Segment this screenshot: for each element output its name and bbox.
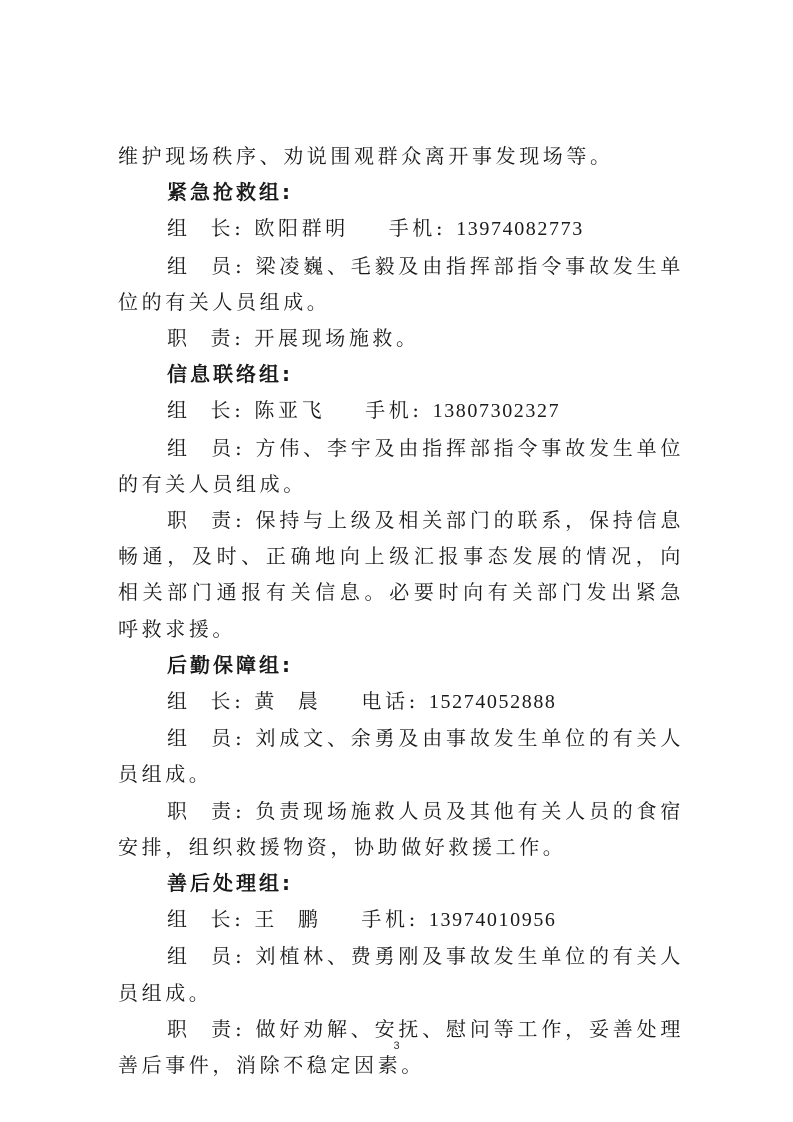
leader-label: 组 长: [167,907,244,931]
group-members-line: 组 员: 刘植林、费勇刚及事故发生单位的有关人员组成。 [118,938,684,1010]
duty-label: 职 责: [167,1017,245,1041]
leader-label: 组 长: [167,689,244,713]
group-title: 善后处理组: [118,865,684,901]
duty-text: 开展现场施救。 [254,326,419,350]
group-leader-line: 组 长: 王 鹏 手机: 13974010956 [118,901,684,938]
group-members-line: 组 员: 方伟、李宇及由指挥部指令事故发生单位的有关人员组成。 [118,430,684,502]
duty-label: 职 责: [167,508,245,532]
group-title: 后勤保障组: [118,647,684,683]
leader-name: 黄 晨 [254,689,321,713]
contact-label: 电话: [361,689,419,713]
group-duty-line: 职 责: 开展现场施救。 [118,320,684,356]
group-title: 紧急抢救组: [118,174,684,210]
spacer [332,689,352,713]
spacer [332,907,352,931]
leader-label: 组 长: [167,398,244,422]
document-page: 维护现场秩序、劝说围观群众离开事发现场等。 紧急抢救组: 组 长: 欧阳群明 手… [118,138,684,1083]
group-duty-line: 职 责: 保持与上级及相关部门的联系，保持信息畅通，及时、正确地向上级汇报事态发… [118,502,684,647]
contact-number: 13974082773 [456,218,584,240]
group-members-line: 组 员: 刘成文、余勇及由事故发生单位的有关人员组成。 [118,720,684,792]
contact-label: 手机: [389,216,447,240]
duty-label: 职 责: [167,326,244,350]
leader-label: 组 长: [167,216,244,240]
page-number: 3 [0,1040,793,1052]
contact-number: 15274052888 [429,691,557,713]
contact-label: 手机: [365,398,423,422]
intro-paragraph-tail: 维护现场秩序、劝说围观群众离开事发现场等。 [118,138,684,174]
spacer [335,398,355,422]
contact-label: 手机: [361,907,419,931]
duty-label: 职 责: [167,799,245,823]
leader-name: 王 鹏 [254,907,321,931]
group-leader-line: 组 长: 黄 晨 电话: 15274052888 [118,683,684,720]
members-label: 组 员: [167,726,245,750]
contact-number: 13974010956 [429,909,557,931]
group-information-liaison: 信息联络组: 组 长: 陈亚飞 手机: 13807302327 组 员: 方伟、… [118,356,684,647]
members-label: 组 员: [167,944,245,968]
group-duty-line: 职 责: 负责现场施救人员及其他有关人员的食宿安排，组织救援物资，协助做好救援工… [118,793,684,865]
group-logistics-support: 后勤保障组: 组 长: 黄 晨 电话: 15274052888 组 员: 刘成文… [118,647,684,865]
spacer [359,216,379,240]
contact-number: 13807302327 [433,400,561,422]
members-label: 组 员: [167,254,245,278]
members-label: 组 员: [167,436,245,460]
leader-name: 欧阳群明 [254,216,348,240]
group-emergency-rescue: 紧急抢救组: 组 长: 欧阳群明 手机: 13974082773 组 员: 梁凌… [118,174,684,356]
group-leader-line: 组 长: 欧阳群明 手机: 13974082773 [118,210,684,247]
leader-name: 陈亚飞 [254,398,325,422]
group-members-line: 组 员: 梁凌巍、毛毅及由指挥部指令事故发生单位的有关人员组成。 [118,248,684,320]
group-title: 信息联络组: [118,356,684,392]
group-leader-line: 组 长: 陈亚飞 手机: 13807302327 [118,392,684,429]
